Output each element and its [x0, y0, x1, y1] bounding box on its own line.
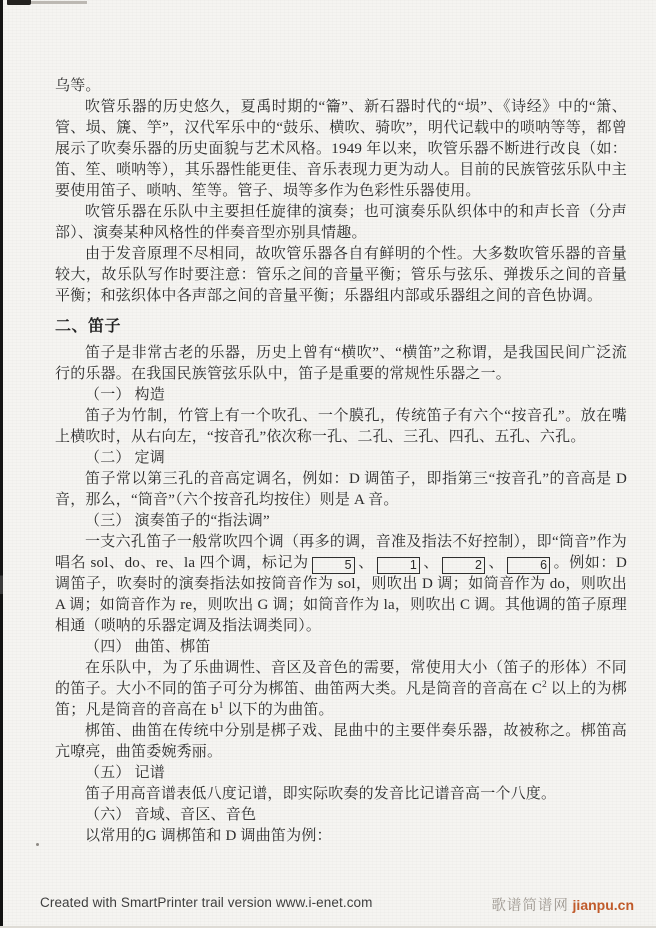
- separator-mark: 、: [423, 555, 439, 571]
- paragraph-balance: 由于发音原理不尽相同，故吹管乐器各自有鲜明的个性。大多数吹管乐器的音量较大，故乐…: [55, 244, 627, 307]
- subheading-qudi-bangdi: （四） 曲笛、梆笛: [55, 637, 627, 658]
- boxed-number-5: 5: [312, 557, 355, 574]
- paragraph-intro: 笛子是非常古老的乐器，历史上曾有“横吹”、“横笛”之称谓，是我国民间广泛流行的乐…: [55, 343, 627, 385]
- paragraph-carryover: 乌等。: [55, 76, 627, 97]
- scan-corner-smudge: [31, 1, 87, 4]
- site-name-label: 歌谱简谱网: [491, 898, 569, 914]
- section-heading-dizi: 二、笛子: [55, 316, 627, 337]
- watermark-smartprinter: Created with SmartPrinter trail version …: [40, 895, 373, 910]
- boxed-number-1: 1: [377, 557, 420, 574]
- page-content: 乌等。 吹管乐器的历史悠久，夏禹时期的“籥”、新石器时代的“埙”、《诗经》中的“…: [55, 76, 627, 847]
- subheading-range: （六） 音域、音区、音色: [55, 805, 627, 826]
- separator-mark: 、: [488, 555, 504, 571]
- paragraph-history: 吹管乐器的历史悠久，夏禹时期的“籥”、新石器时代的“埙”、《诗经》中的“箫、管、…: [55, 97, 627, 202]
- sizes-text-post: 以下的为曲笛。: [223, 702, 333, 718]
- watermark-jianpu: 歌谱简谱网 jianpu.cn: [491, 894, 634, 915]
- scan-corner-mark: [7, 0, 31, 5]
- paragraph-sizes: 在乐队中，为了乐曲调性、音区及音色的需要，常使用大小（笛子的形体）不同的笛子。大…: [55, 658, 627, 721]
- paragraph-role: 吹管乐器在乐队中主要担任旋律的演奏；也可演奏乐队织体中的和声长音（分声部）、演奏…: [55, 202, 627, 244]
- boxed-number-6: 6: [507, 557, 550, 574]
- paragraph-structure: 笛子为竹制，竹管上有一个吹孔、一个膜孔，传统笛子有六个“按音孔”。放在嘴上横吹时…: [55, 406, 627, 448]
- subheading-fingering: （三） 演奏笛子的“指法调”: [55, 511, 627, 532]
- separator-mark: 、: [358, 555, 374, 571]
- scanned-book-page: 乌等。 吹管乐器的历史悠久，夏禹时期的“籥”、新石器时代的“埙”、《诗经》中的“…: [0, 0, 656, 928]
- subheading-structure: （一） 构造: [55, 385, 627, 406]
- subheading-notation: （五） 记谱: [55, 763, 627, 784]
- paragraph-tuning: 笛子常以第三孔的音高定调名，例如：D 调笛子，即指第三“按音孔”的音高是 D 音…: [55, 469, 627, 511]
- subheading-tuning: （二） 定调: [55, 448, 627, 469]
- paragraph-example: 以常用的G 调梆笛和 D 调曲笛为例：: [55, 826, 627, 847]
- scan-speck: [36, 843, 39, 846]
- paragraph-fingering: 一支六孔笛子一般常吹四个调（再多的调，音准及指法不好控制），即“筒音”作为唱名 …: [55, 532, 627, 637]
- site-domain-label: jianpu.cn: [573, 897, 634, 913]
- paragraph-notation: 笛子用高音谱表低八度记谱，即实际吹奏的发音比记谱音高一个八度。: [55, 784, 627, 805]
- boxed-number-2: 2: [442, 557, 485, 574]
- scan-edge-left: [0, 0, 3, 928]
- sizes-text-pre: 在乐队中，为了乐曲调性、音区及音色的需要，常使用大小（笛子的形体）不同的笛子。大…: [55, 660, 627, 697]
- paragraph-tradition: 梆笛、曲笛在传统中分别是梆子戏、昆曲中的主要伴奏乐器，故被称之。梆笛高亢嘹亮，曲…: [55, 721, 627, 763]
